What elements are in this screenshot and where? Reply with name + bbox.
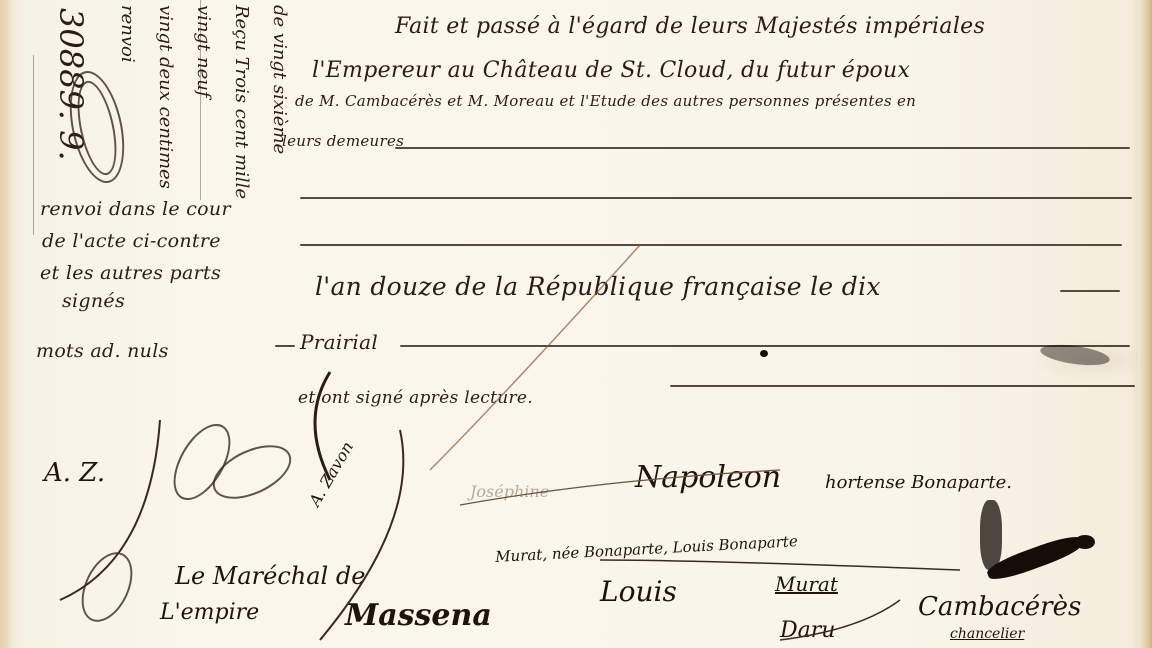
pen-strokes [0,0,1152,648]
